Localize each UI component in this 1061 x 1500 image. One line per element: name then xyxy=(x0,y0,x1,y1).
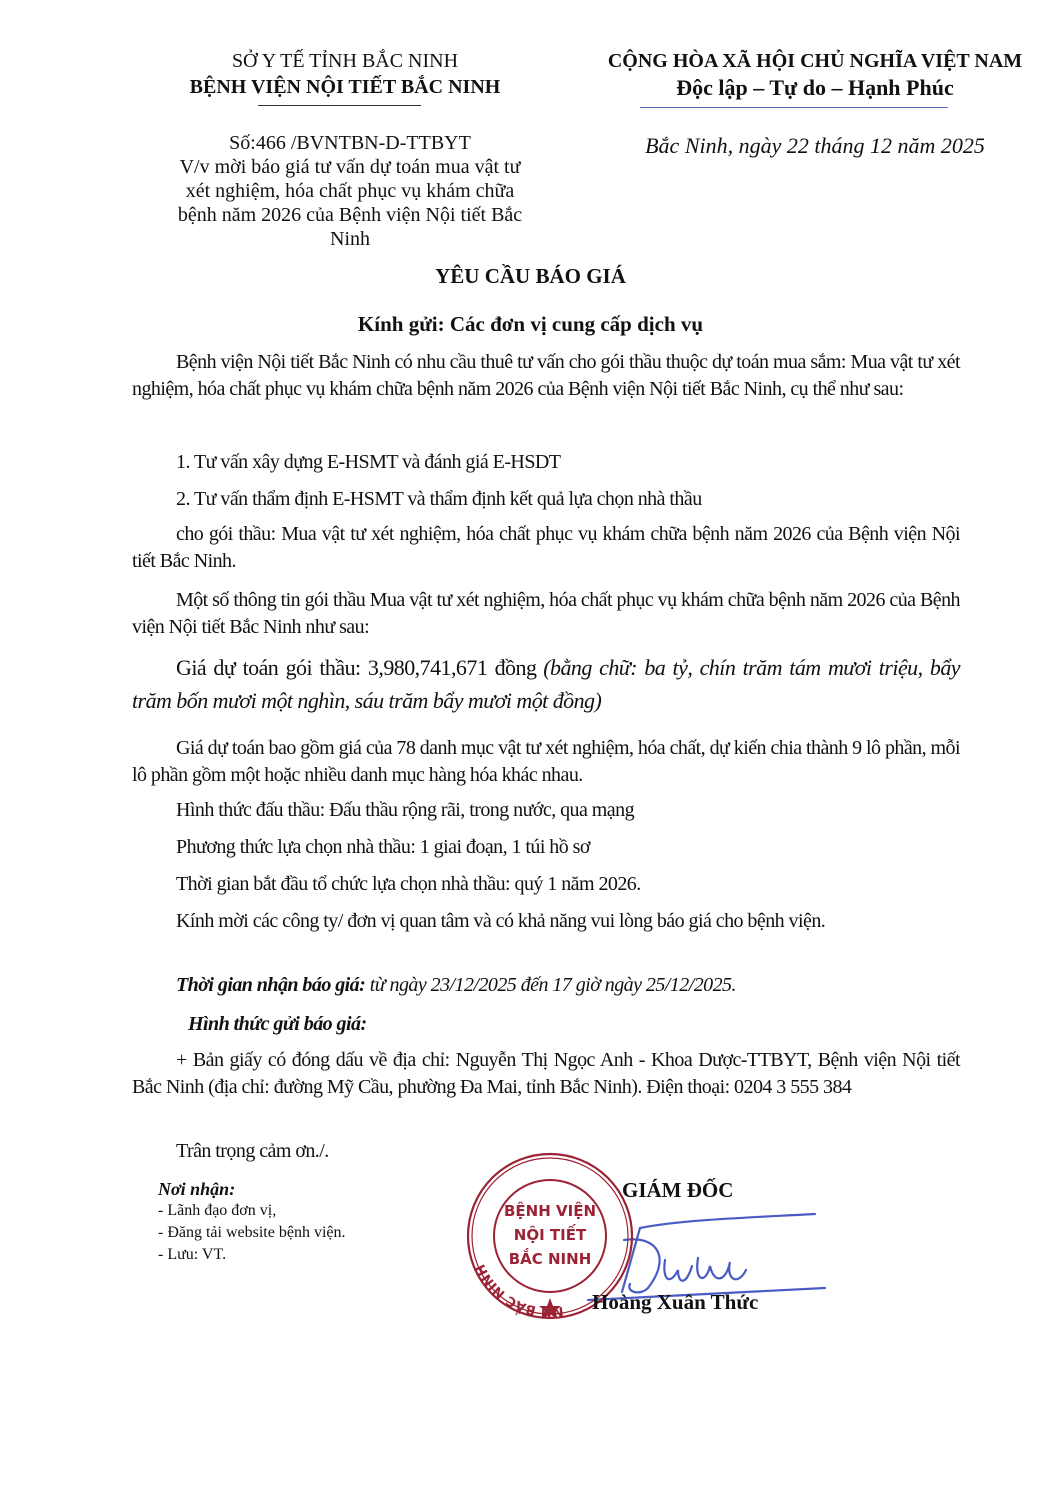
recipient-item: - Đăng tải website bệnh viện. xyxy=(158,1222,346,1244)
subject-line: V/v mời báo giá tư vấn dự toán mua vật t… xyxy=(120,155,580,179)
organization-name: BỆNH VIỆN NỘI TIẾT BẮC NINH xyxy=(140,74,550,100)
national-motto: Độc lập – Tự do – Hạnh Phúc xyxy=(580,74,1050,102)
service-item: 1. Tư vấn xây dựng E-HSMT và đánh giá E-… xyxy=(132,449,960,476)
subject-line: xét nghiệm, hóa chất phục vụ khám chữa xyxy=(120,179,580,203)
recipient-item: - Lưu: VT. xyxy=(158,1244,346,1266)
submit-detail: + Bản giấy có đóng dấu về địa chỉ: Nguyễ… xyxy=(132,1047,960,1101)
document-title: YÊU CẦU BÁO GIÁ xyxy=(0,264,1061,289)
svg-text:NỘI TIẾT: NỘI TIẾT xyxy=(514,1223,587,1244)
issuer-header: SỞ Y TẾ TỈNH BẮC NINH BỆNH VIỆN NỘI TIẾT… xyxy=(140,48,550,100)
svg-text:BỆNH VIỆN: BỆNH VIỆN xyxy=(504,1200,596,1220)
document-reference: Số:466 /BVNTBN-D-TTBYT V/v mời báo giá t… xyxy=(120,131,580,251)
bid-time: Thời gian bắt đầu tổ chức lựa chọn nhà t… xyxy=(132,871,960,898)
recipient: Kính gửi: Các đơn vị cung cấp dịch vụ xyxy=(0,312,1061,337)
subject-line: bệnh năm 2026 của Bệnh viện Nội tiết Bắc xyxy=(120,203,580,227)
info-intro-paragraph: Một số thông tin gói thầu Mua vật tư xét… xyxy=(132,587,960,641)
signer-name: Hoàng Xuân Thức xyxy=(592,1290,758,1315)
nation-name: CỘNG HÒA XÃ HỘI CHỦ NGHĨA VIỆT NAM xyxy=(580,48,1050,74)
subject-line: Ninh xyxy=(120,227,580,251)
recipients-title: Nơi nhận: xyxy=(158,1178,346,1200)
budget-amount: Giá dự toán gói thầu: 3,980,741,671 đồng xyxy=(176,655,536,680)
department-name: SỞ Y TẾ TỈNH BẮC NINH xyxy=(140,48,550,74)
deadline-paragraph: Thời gian nhận báo giá: từ ngày 23/12/20… xyxy=(132,972,960,999)
recipients-list: Nơi nhận: - Lãnh đạo đơn vị, - Đăng tải … xyxy=(158,1178,346,1266)
service-item: 2. Tư vấn thẩm định E-HSMT và thẩm định … xyxy=(132,486,960,513)
deadline-label: Thời gian nhận báo giá: xyxy=(176,974,365,996)
intro-paragraph: Bệnh viện Nội tiết Bắc Ninh có nhu cầu t… xyxy=(132,349,960,403)
motto-divider xyxy=(640,107,948,108)
issuer-divider xyxy=(258,105,421,106)
deadline-value: từ ngày 23/12/2025 đến 17 giờ ngày 25/12… xyxy=(365,974,736,996)
invitation-paragraph: Kính mời các công ty/ đơn vị quan tâm và… xyxy=(132,908,960,935)
budget-detail-paragraph: Giá dự toán bao gồm giá của 78 danh mục … xyxy=(132,735,960,789)
budget-paragraph: Giá dự toán gói thầu: 3,980,741,671 đồng… xyxy=(132,652,960,718)
package-paragraph: cho gói thầu: Mua vật tư xét nghiệm, hóa… xyxy=(132,521,960,575)
national-header: CỘNG HÒA XÃ HỘI CHỦ NGHĨA VIỆT NAM Độc l… xyxy=(580,48,1050,102)
bid-method: Phương thức lựa chọn nhà thầu: 1 giai đo… xyxy=(132,834,960,861)
document-number: Số:466 /BVNTBN-D-TTBYT xyxy=(120,131,580,155)
bid-form: Hình thức đấu thầu: Đấu thầu rộng rãi, t… xyxy=(132,797,960,824)
recipient-item: - Lãnh đạo đơn vị, xyxy=(158,1200,346,1222)
svg-text:BẮC NINH: BẮC NINH xyxy=(509,1247,592,1268)
submit-label: Hình thức gửi báo giá: xyxy=(132,1011,960,1038)
place-date: Bắc Ninh, ngày 22 tháng 12 năm 2025 xyxy=(580,132,1050,160)
